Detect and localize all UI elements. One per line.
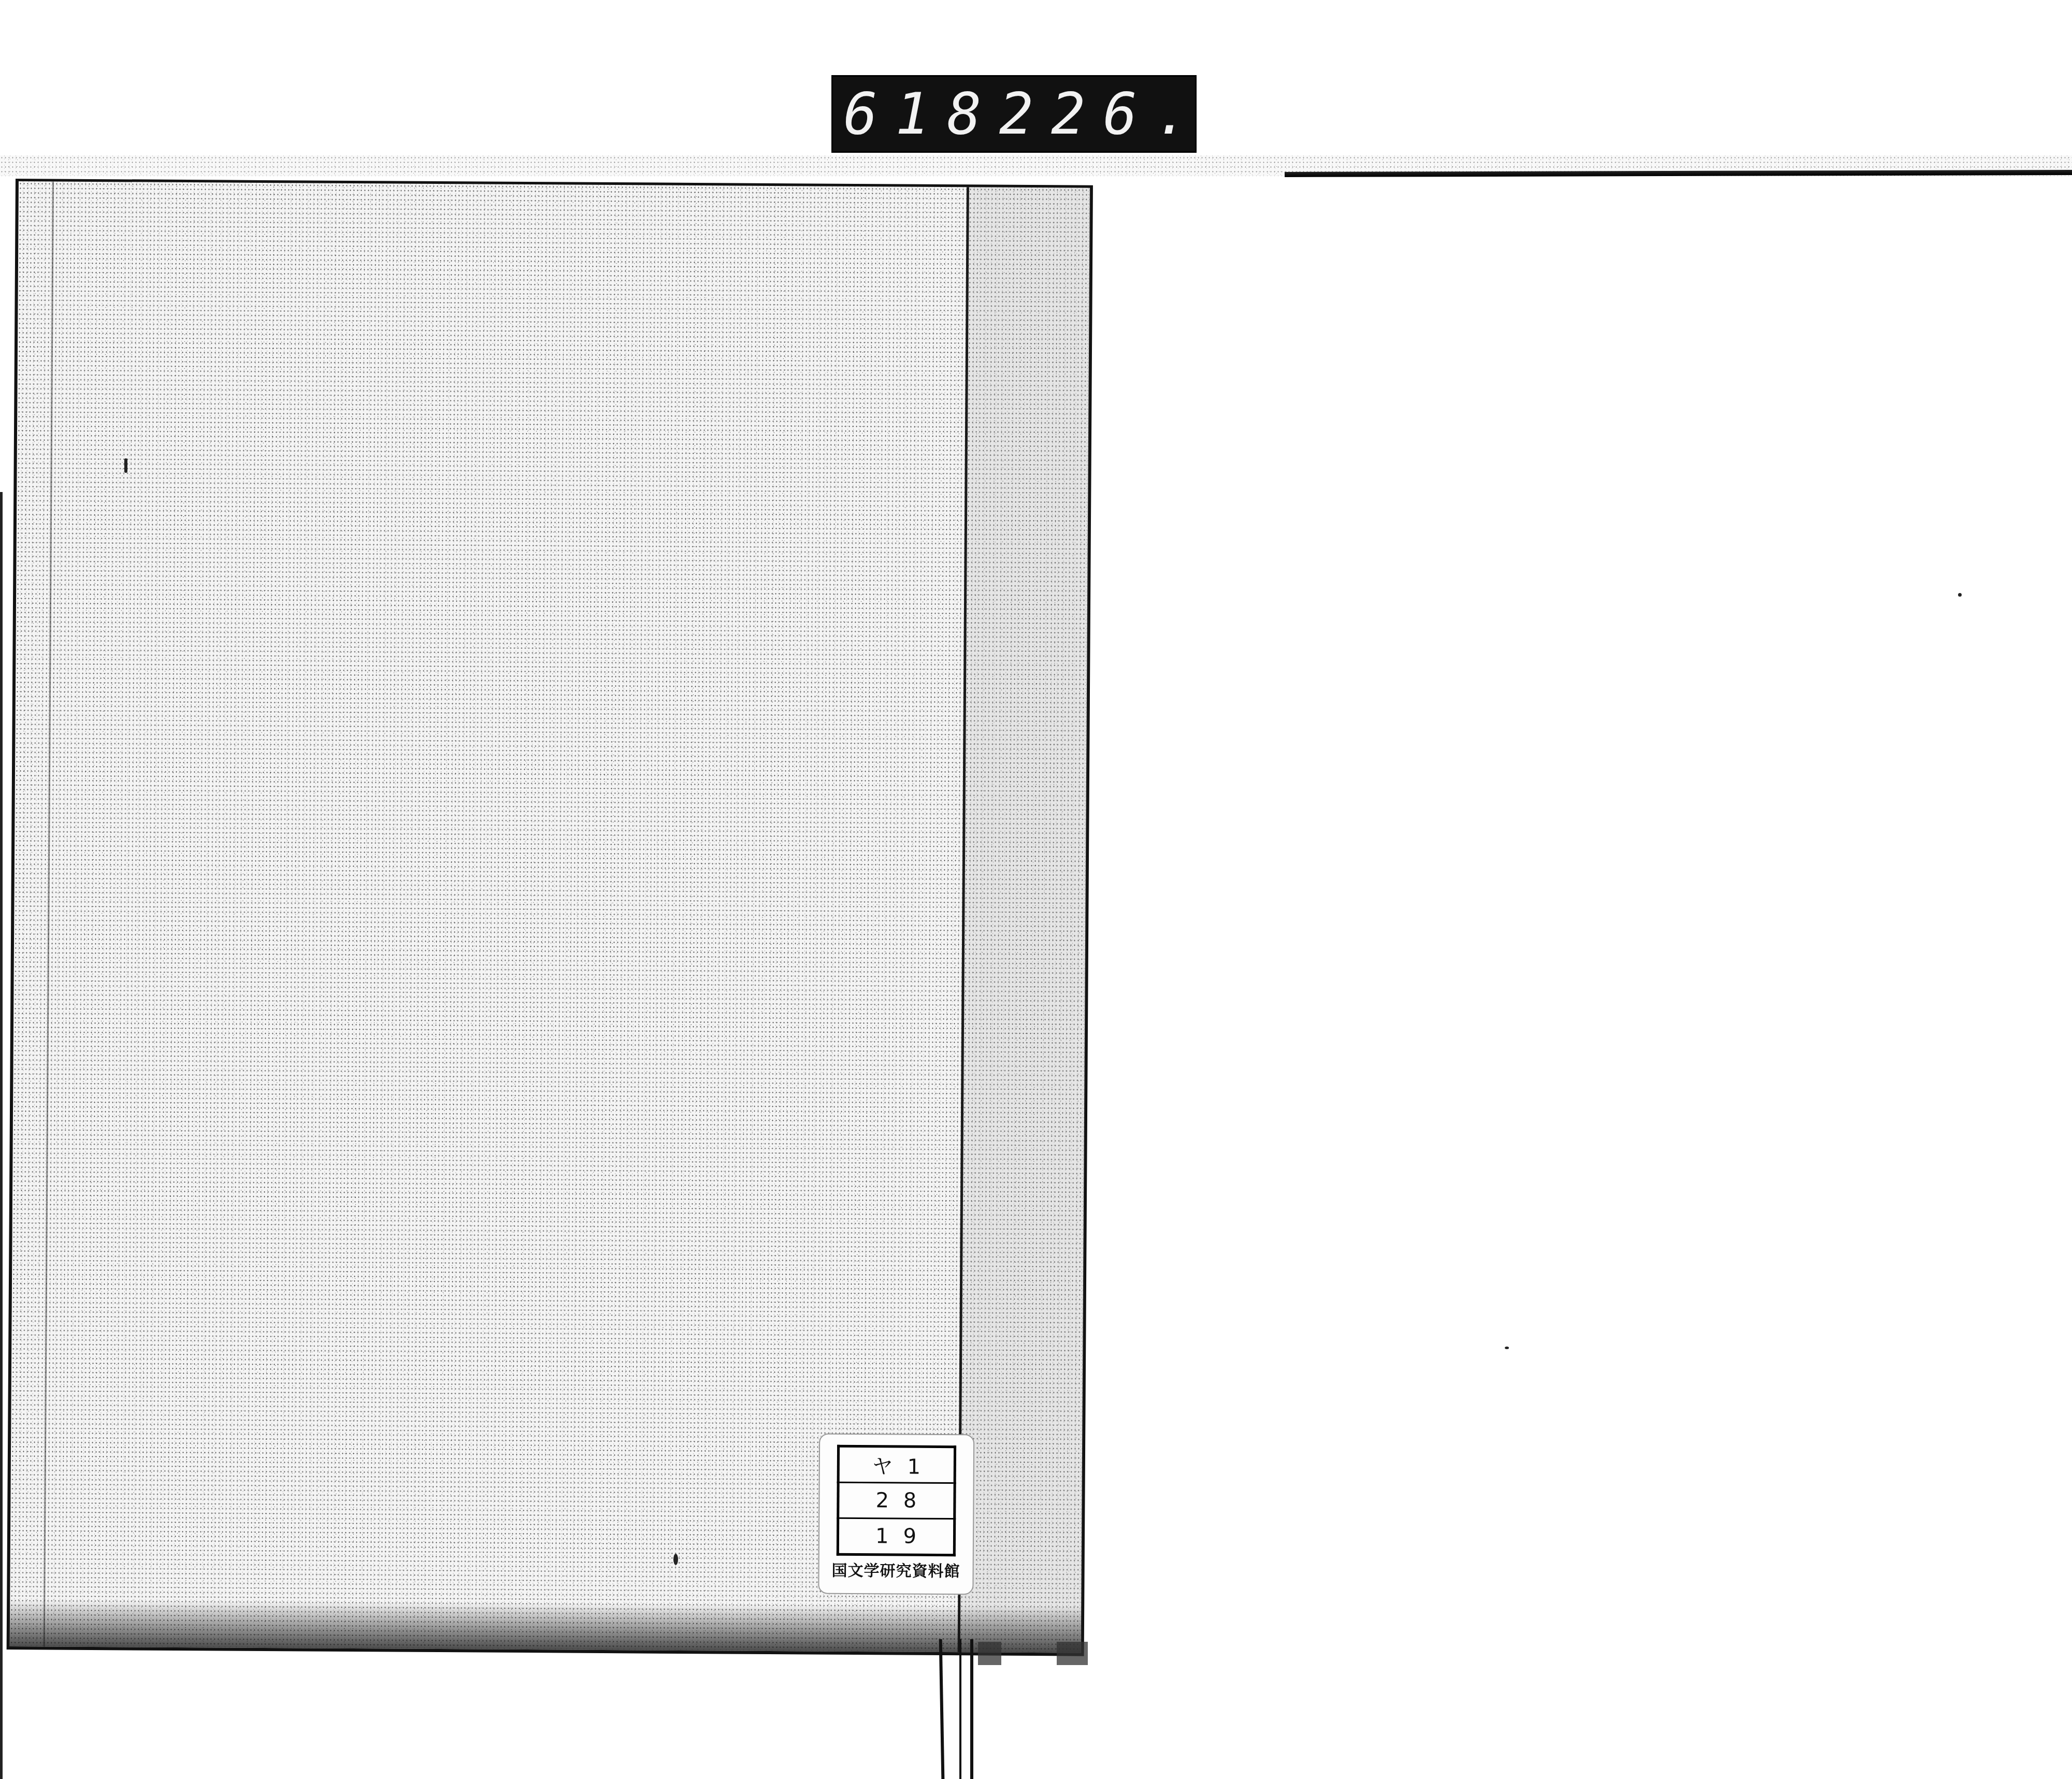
scan-speck <box>673 1554 678 1565</box>
cover-inner-border <box>44 181 54 1646</box>
binding-thread <box>959 1639 961 1779</box>
binding-thread <box>970 1639 973 1779</box>
scan-speck <box>124 458 127 473</box>
cover-bottom-tab <box>1057 1642 1088 1665</box>
frame-counter: 618 226. <box>831 75 1197 153</box>
scan-left-edge <box>0 492 3 1779</box>
call-number-row-2: 28 <box>838 1482 955 1518</box>
frame-counter-right: 226. <box>999 85 1207 142</box>
library-call-number-label: ヤ1 28 19 国文学研究資料館 <box>818 1434 974 1595</box>
call-number-table: ヤ1 28 19 <box>837 1445 956 1556</box>
frame-counter-left: 618 <box>843 85 999 142</box>
scan-speck <box>1958 593 1962 597</box>
call-number-row-1: ヤ1 <box>838 1446 955 1483</box>
cover-bottom-tab <box>978 1642 1001 1665</box>
call-number-row-3: 19 <box>838 1518 954 1555</box>
scan-speck <box>1505 1347 1509 1349</box>
binding-thread <box>939 1639 945 1779</box>
book-cover: ヤ1 28 19 国文学研究資料館 <box>7 179 1093 1656</box>
cover-spine-shade <box>960 187 1091 1653</box>
institution-name: 国文学研究資料館 <box>828 1558 963 1582</box>
